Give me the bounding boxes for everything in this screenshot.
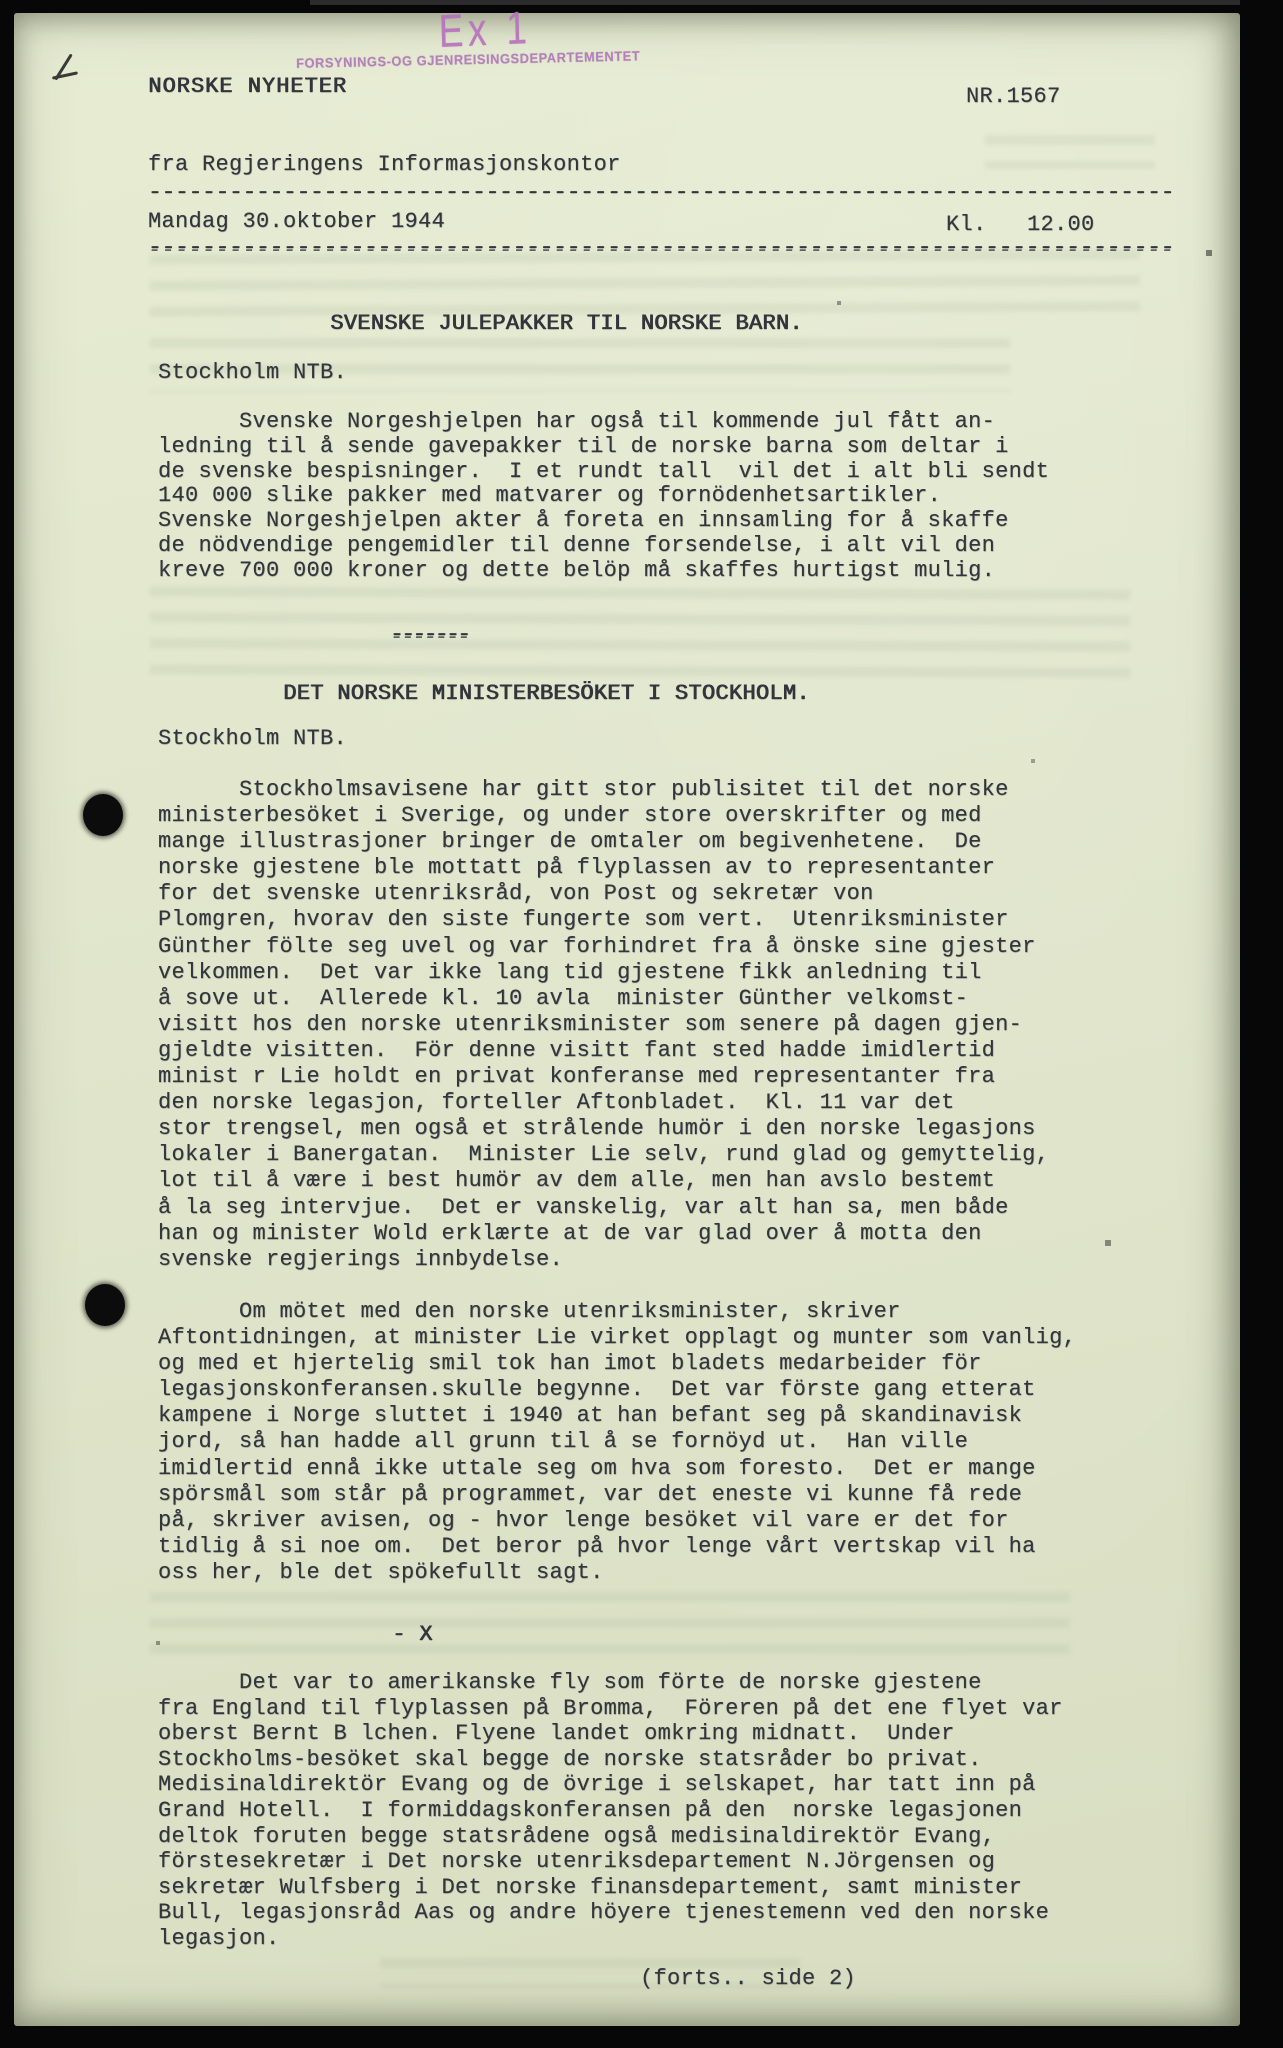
divider-dashed-bottom: ----------------------------------------… [148,235,1174,260]
time-label: Kl. 12.00 [946,212,1095,237]
continuation-note: (forts.. side 2) [640,1966,856,1991]
punch-hole-bottom [85,1284,125,1326]
punch-hole-top [83,794,123,836]
scan-specks [0,0,2,2]
article-2-paragraph-3: Det var to amerikanske fly som förte de … [158,1670,1063,1952]
date-line: Mandag 30.oktober 1944 [148,209,445,234]
article-1-heading: SVENSKE JULEPAKKER TIL NORSKE BARN. [330,311,803,336]
scanned-document-page: Ex 1 FORSYNINGS-OG GJENREISINGSDEPARTEME… [0,0,1283,2048]
article-2-byline: Stockholm NTB. [158,726,347,751]
article-2-paragraph-2: Om mötet med den norske utenriksminister… [158,1299,1076,1586]
masthead-title: NORSKE NYHETER [148,74,347,99]
article-2-paragraph-1: Stockholmsavisene har gitt stor publisit… [158,777,1049,1273]
stamp-ex1-text: Ex 1 [438,0,532,58]
document-number: NR.1567 [966,84,1061,109]
article-1-byline: Stockholm NTB. [158,360,347,385]
article-1-end-separator: ------- [390,622,468,647]
source-line: fra Regjeringens Informasjonskontor [148,152,621,177]
article-2-heading: DET NORSKE MINISTERBESÖKET I STOCKHOLM. [283,681,810,706]
article-1-paragraph: Svenske Norgeshjelpen har også til komme… [158,410,1049,584]
divider-dashed-top: ----------------------------------------… [148,180,1174,205]
section-separator-x: - X [392,1622,433,1647]
